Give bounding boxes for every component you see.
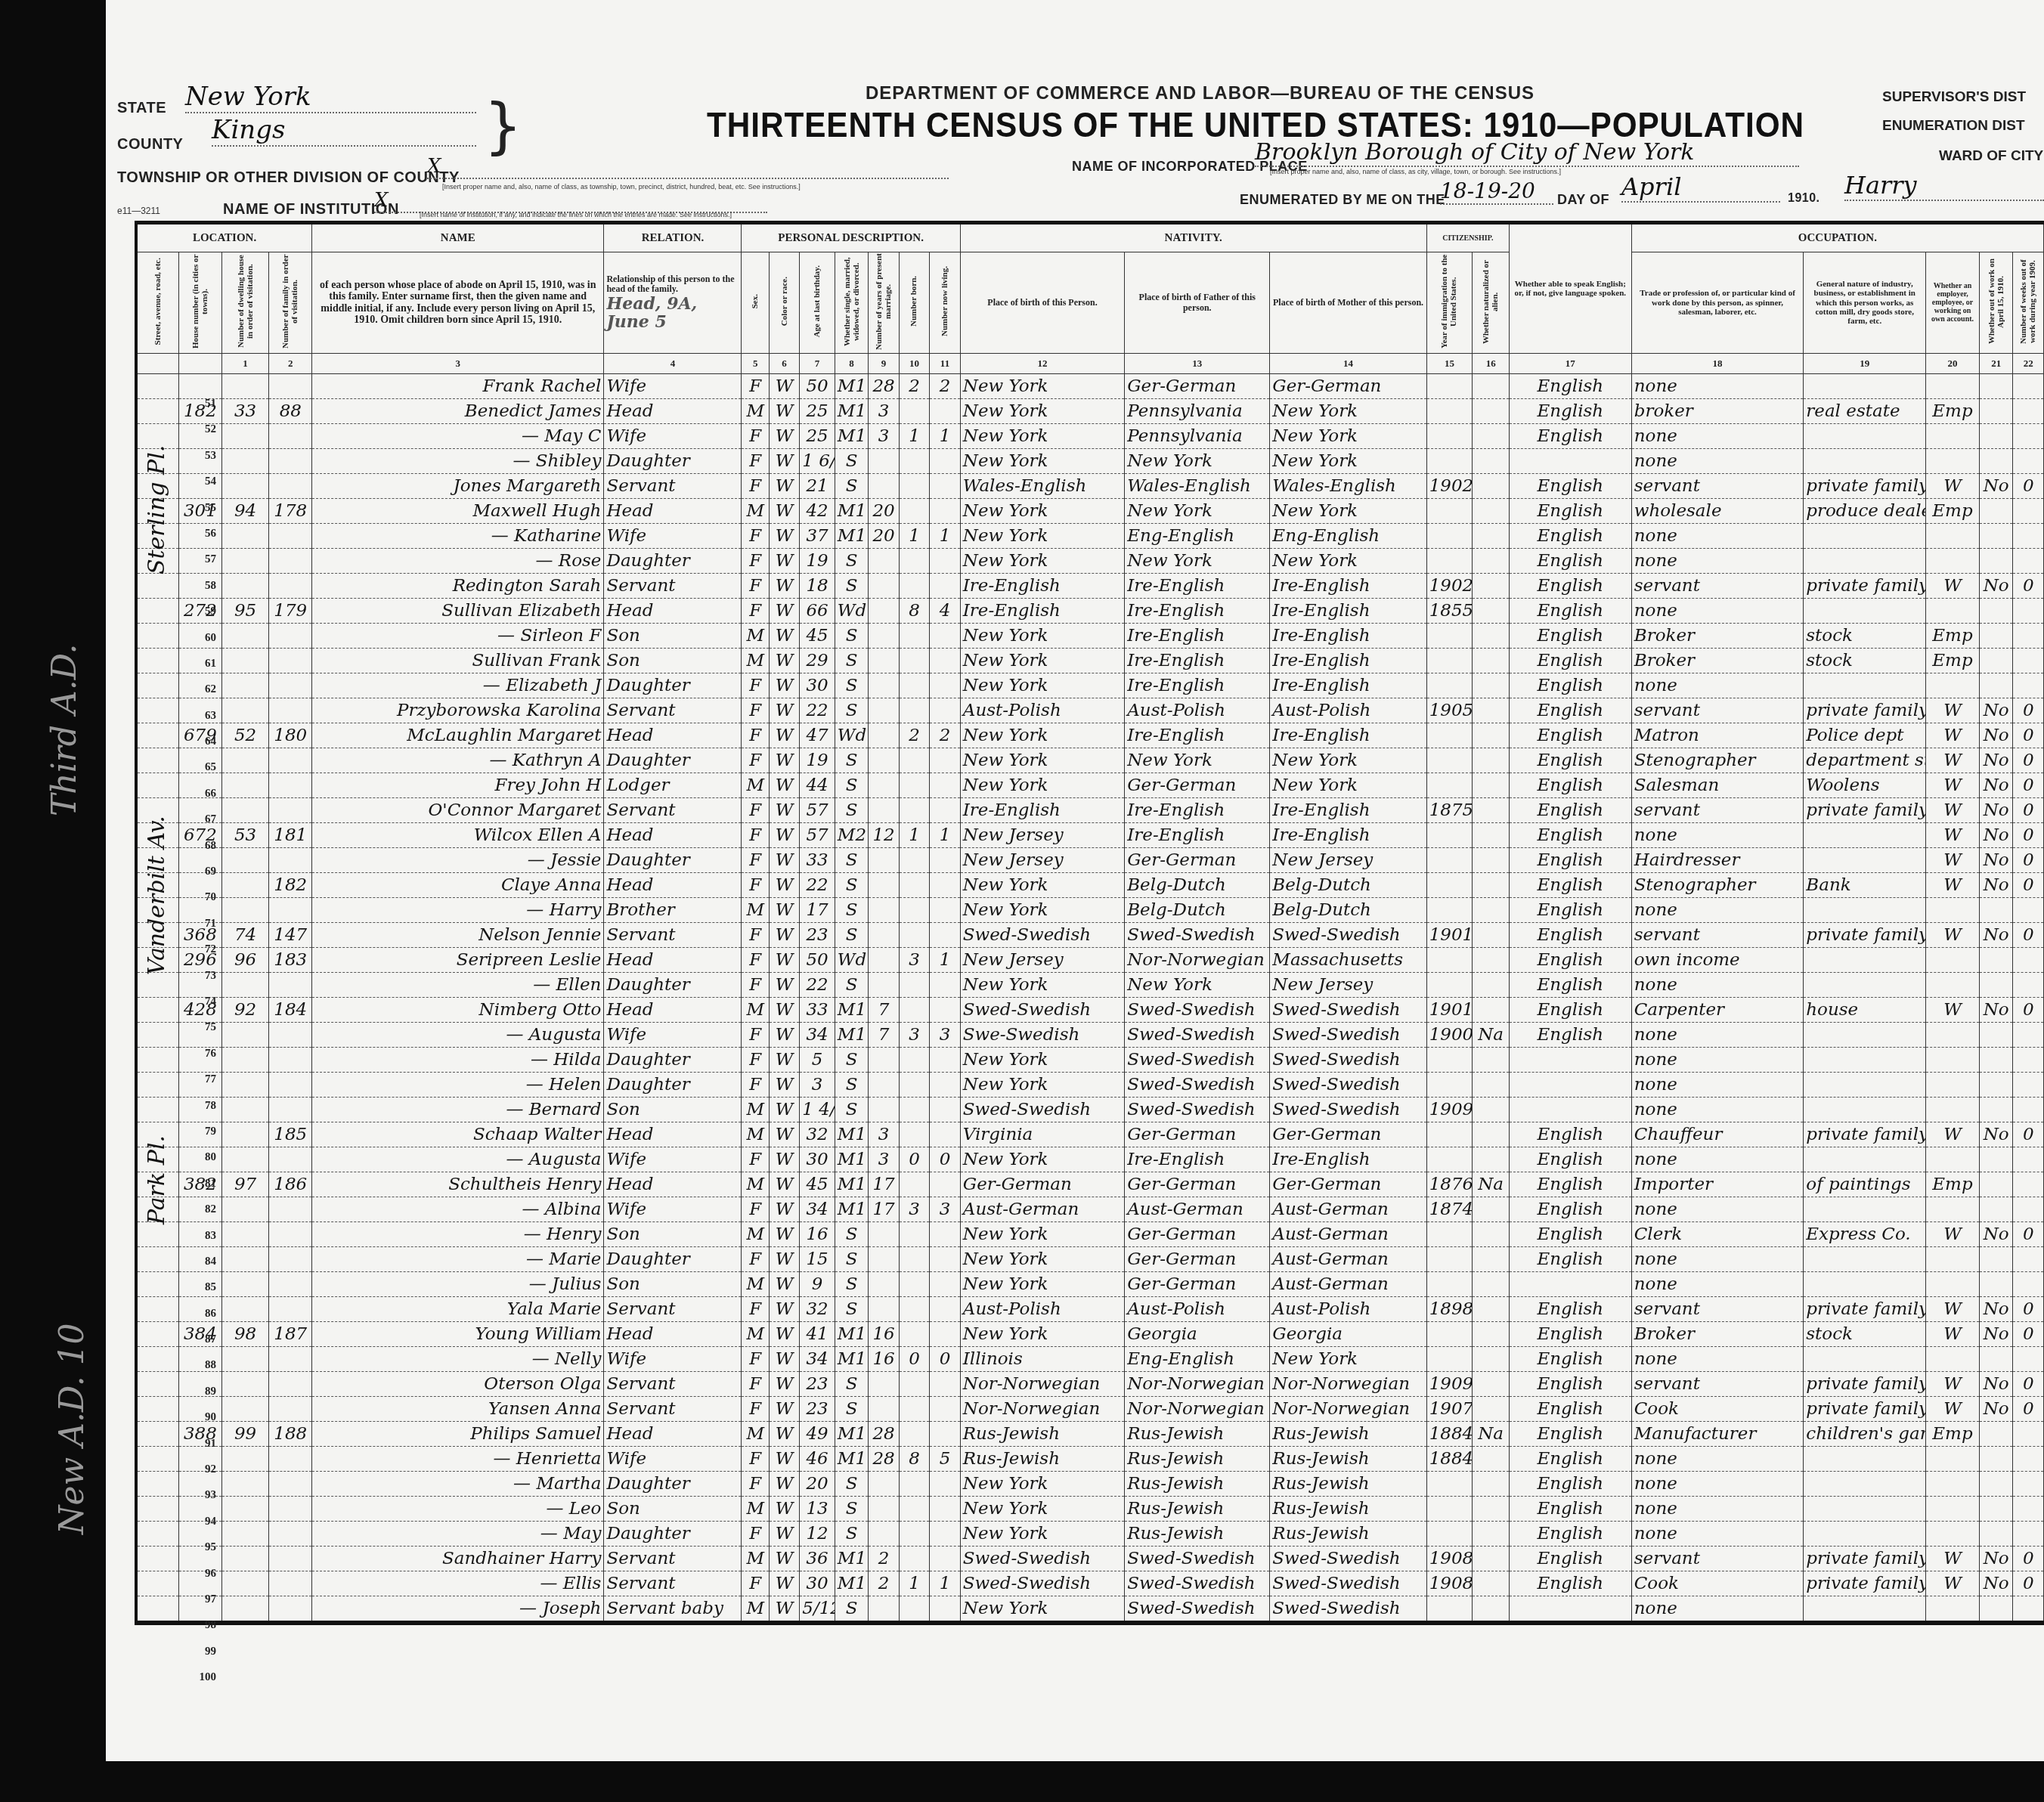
children-living-cell: 1 <box>930 524 961 549</box>
marital-col-header: Whether single, married, widowed, or div… <box>843 252 861 351</box>
trade-cell: none <box>1631 1347 1804 1372</box>
children-born-cell: 1 <box>899 424 929 449</box>
township-value: X <box>427 155 949 179</box>
mother-birthplace-cell: New York <box>1270 424 1426 449</box>
name-cell: — Henrietta <box>312 1447 604 1472</box>
industry-cell <box>1804 1247 1926 1272</box>
census-row: Oterson OlgaServantFW23SNor-NorwegianNor… <box>136 1372 2044 1397</box>
name-cell: — Bernard <box>312 1098 604 1122</box>
out-of-work-cell: No <box>1979 1122 2013 1147</box>
sex-cell: F <box>742 823 769 848</box>
industry-cell: private family <box>1804 574 1926 599</box>
mother-birthplace-cell: Swed-Swedish <box>1270 1073 1426 1098</box>
color-cell: W <box>769 399 799 424</box>
out-of-work-cell <box>1979 649 2013 673</box>
relation-cell: Wife <box>604 1197 742 1222</box>
line-number: 64 <box>186 729 216 754</box>
marital-cell: M1 <box>835 524 869 549</box>
employer-cell: W <box>1926 1222 1980 1247</box>
name-col-header: of each person whose place of abode on A… <box>312 252 604 354</box>
immigration-year-cell: 1874 <box>1426 1197 1473 1222</box>
marital-cell: Wd <box>835 599 869 624</box>
years-married-cell <box>869 624 899 649</box>
naturalization-cell <box>1473 424 1510 449</box>
years-married-cell <box>869 673 899 698</box>
employer-cell <box>1926 1048 1980 1073</box>
family-col-header: Number of family in order of visitation. <box>281 252 299 351</box>
census-row: 182Claye AnnaHeadFW22SNew YorkBelg-Dutch… <box>136 873 2044 898</box>
marital-cell: S <box>835 1472 869 1497</box>
line-number: 89 <box>186 1379 216 1404</box>
children-living-cell <box>930 1297 961 1322</box>
weeks-out-cell: 0 <box>2013 723 2044 748</box>
father-birthplace-cell: Swed-Swedish <box>1125 1048 1270 1073</box>
mother-birthplace-cell: Swed-Swedish <box>1270 923 1426 948</box>
children-living-cell <box>930 1422 961 1447</box>
street-name-label: Vanderbilt Av. <box>144 816 170 975</box>
name-cell: Frank Rachel <box>312 374 604 399</box>
name-cell: — Julius <box>312 1272 604 1297</box>
family-number-cell <box>269 1048 312 1073</box>
language-cell: English <box>1509 1571 1631 1596</box>
census-row: 30194178Maxwell HughHeadMW42M120New York… <box>136 499 2044 524</box>
street-cell <box>136 1447 179 1472</box>
sex-cell: M <box>742 1222 769 1247</box>
street-cell <box>136 973 179 998</box>
immigration-year-cell: 1855 <box>1426 599 1473 624</box>
employer-cell <box>1926 1147 1980 1172</box>
employer-cell <box>1926 1347 1980 1372</box>
incorporated-note: [Insert proper name and, also, name of c… <box>1270 168 1561 175</box>
column-number: 18 <box>1631 354 1804 374</box>
trade-cell: none <box>1631 1098 1804 1122</box>
out-of-work-cell: No <box>1979 1222 2013 1247</box>
years-married-cell: 17 <box>869 1197 899 1222</box>
line-number: 84 <box>186 1249 216 1274</box>
mother-birthplace-cell: New York <box>1270 399 1426 424</box>
out-of-work-cell: No <box>1979 823 2013 848</box>
marital-cell: M1 <box>835 1422 869 1447</box>
relation-cell: Wife <box>604 1147 742 1172</box>
naturalization-cell <box>1473 1272 1510 1297</box>
age-cell: 44 <box>800 773 835 798</box>
name-cell: — Katharine <box>312 524 604 549</box>
age-cell: 33 <box>800 998 835 1023</box>
relation-cell: Daughter <box>604 673 742 698</box>
employer-cell: W <box>1926 848 1980 873</box>
out-of-work-cell <box>1979 624 2013 649</box>
age-cell: 5/12 <box>800 1596 835 1624</box>
street-cell <box>136 673 179 698</box>
children-living-cell <box>930 698 961 723</box>
father-birthplace-cell: Nor-Norwegian <box>1125 1372 1270 1397</box>
family-number-cell <box>269 898 312 923</box>
naturalization-cell <box>1473 624 1510 649</box>
color-cell: W <box>769 1322 799 1347</box>
line-number: 86 <box>186 1301 216 1327</box>
naturalized-col-header: Whether naturalized or alien. <box>1482 252 1500 351</box>
birthplace-cell: New York <box>960 1222 1124 1247</box>
weeks-out-cell: 0 <box>2013 923 2044 948</box>
family-number-cell <box>269 374 312 399</box>
relation-cell: Head <box>604 948 742 973</box>
immigration-year-cell <box>1426 1122 1473 1147</box>
line-number: 52 <box>186 416 216 442</box>
form-code: e11—3211 <box>117 206 160 216</box>
color-cell: W <box>769 1522 799 1547</box>
line-number: 90 <box>186 1404 216 1430</box>
age-cell: 29 <box>800 649 835 673</box>
birthplace-cell: Ire-English <box>960 798 1124 823</box>
father-birthplace-cell: New York <box>1125 748 1270 773</box>
dwelling-number-cell <box>221 549 269 574</box>
name-cell: Yala Marie <box>312 1297 604 1322</box>
children-living-cell: 2 <box>930 723 961 748</box>
family-number-cell <box>269 524 312 549</box>
family-number-cell <box>269 649 312 673</box>
industry-cell <box>1804 1197 1926 1222</box>
name-cell: Frey John H <box>312 773 604 798</box>
language-cell: English <box>1509 1372 1631 1397</box>
dwelling-number-cell <box>221 524 269 549</box>
industry-cell <box>1804 1023 1926 1048</box>
immigration-year-cell <box>1426 449 1473 474</box>
census-row: — HarryBrotherMW17SNew YorkBelg-DutchBel… <box>136 898 2044 923</box>
father-birthplace-cell: Ger-German <box>1125 773 1270 798</box>
language-cell: English <box>1509 1347 1631 1372</box>
naturalization-cell <box>1473 1571 1510 1596</box>
immigration-year-cell: 1907 <box>1426 1397 1473 1422</box>
dwelling-number-cell <box>221 1397 269 1422</box>
dwelling-number-cell: 53 <box>221 823 269 848</box>
children-living-cell <box>930 1596 961 1624</box>
occupation-group-header: OCCUPATION. <box>1631 223 2043 252</box>
name-group-header: NAME <box>312 223 604 252</box>
age-cell: 34 <box>800 1197 835 1222</box>
out-of-work-cell: No <box>1979 723 2013 748</box>
dwelling-number-cell: 92 <box>221 998 269 1023</box>
age-cell: 13 <box>800 1497 835 1522</box>
naturalization-cell <box>1473 773 1510 798</box>
marital-cell: S <box>835 898 869 923</box>
street-cell <box>136 1098 179 1122</box>
citizenship-group-header: CITIZENSHIP. <box>1426 223 1509 252</box>
children-born-cell <box>899 973 929 998</box>
family-number-cell <box>269 424 312 449</box>
color-cell: W <box>769 1497 799 1522</box>
birthplace-cell: Rus-Jewish <box>960 1422 1124 1447</box>
name-cell: Sullivan Elizabeth <box>312 599 604 624</box>
age-cell: 17 <box>800 898 835 923</box>
line-number: 88 <box>186 1352 216 1378</box>
language-cell: English <box>1509 1222 1631 1247</box>
years-married-cell <box>869 1522 899 1547</box>
line-number: 83 <box>186 1223 216 1249</box>
mother-birthplace-cell: New York <box>1270 549 1426 574</box>
age-cell: 21 <box>800 474 835 499</box>
name-cell: — Augusta <box>312 1023 604 1048</box>
out-of-work-cell: No <box>1979 1372 2013 1397</box>
name-cell: Young William <box>312 1322 604 1347</box>
trade-cell: none <box>1631 1073 1804 1098</box>
immigration-year-cell <box>1426 773 1473 798</box>
immigration-year-cell <box>1426 1472 1473 1497</box>
mother-birthplace-cell: New York <box>1270 748 1426 773</box>
sex-cell: F <box>742 374 769 399</box>
years-married-cell <box>869 948 899 973</box>
immigration-year-cell <box>1426 649 1473 673</box>
line-number: 56 <box>186 521 216 546</box>
children-living-cell <box>930 549 961 574</box>
mother-birthplace-cell: Rus-Jewish <box>1270 1522 1426 1547</box>
immigration-year-cell <box>1426 524 1473 549</box>
years-married-cell: 16 <box>869 1322 899 1347</box>
weeks-out-cell: 0 <box>2013 1222 2044 1247</box>
language-cell: English <box>1509 823 1631 848</box>
years-married-cell <box>869 1247 899 1272</box>
language-cell: English <box>1509 748 1631 773</box>
dwelling-number-cell <box>221 773 269 798</box>
sex-cell: F <box>742 1571 769 1596</box>
father-birthplace-cell: Swed-Swedish <box>1125 1571 1270 1596</box>
children-living-cell <box>930 1172 961 1197</box>
color-cell: W <box>769 1247 799 1272</box>
birthplace-cell: New York <box>960 1272 1124 1297</box>
language-cell: English <box>1509 474 1631 499</box>
employer-cell: W <box>1926 723 1980 748</box>
relation-cell: Wife <box>604 374 742 399</box>
census-row: — HildaDaughterFW5SNew YorkSwed-SwedishS… <box>136 1048 2044 1073</box>
industry-cell <box>1804 449 1926 474</box>
census-row: 38498187Young WilliamHeadMW41M116New Yor… <box>136 1322 2044 1347</box>
mother-birthplace-cell: Wales-English <box>1270 474 1426 499</box>
employer-cell: W <box>1926 773 1980 798</box>
family-number-cell <box>269 798 312 823</box>
children-living-cell <box>930 1522 961 1547</box>
immigration-year-cell: 1909 <box>1426 1372 1473 1397</box>
industry-cell <box>1804 1098 1926 1122</box>
birthplace-cell: New York <box>960 1596 1124 1624</box>
mother-birthplace-cell: Belg-Dutch <box>1270 898 1426 923</box>
sex-cell: F <box>742 1297 769 1322</box>
census-row: — AugustaWifeFW34M1733Swe-SwedishSwed-Sw… <box>136 1023 2044 1048</box>
out-of-work-cell <box>1979 1596 2013 1624</box>
children-born-cell: 8 <box>899 1447 929 1472</box>
years-married-cell <box>869 449 899 474</box>
immigration-year-cell <box>1426 1522 1473 1547</box>
color-cell: W <box>769 898 799 923</box>
dwelling-number-cell <box>221 798 269 823</box>
children-born-cell <box>899 1522 929 1547</box>
line-number: 61 <box>186 651 216 677</box>
sex-cell: M <box>742 1272 769 1297</box>
children-born-cell <box>899 748 929 773</box>
father-birthplace-cell: Rus-Jewish <box>1125 1497 1270 1522</box>
street-cell <box>136 1571 179 1596</box>
name-cell: — Marie <box>312 1247 604 1272</box>
age-cell: 37 <box>800 524 835 549</box>
age-cell: 23 <box>800 923 835 948</box>
color-cell: W <box>769 1571 799 1596</box>
language-cell <box>1509 1272 1631 1297</box>
mother-birthplace-cell: Aust-German <box>1270 1247 1426 1272</box>
weeks-out-cell <box>2013 1197 2044 1222</box>
census-row: — RoseDaughterFW19SNew YorkNew YorkNew Y… <box>136 549 2044 574</box>
family-number-cell <box>269 1347 312 1372</box>
mother-birthplace-cell: Ire-English <box>1270 823 1426 848</box>
birthplace-cell: Nor-Norwegian <box>960 1397 1124 1422</box>
sex-cell: M <box>742 1172 769 1197</box>
marital-cell: M1 <box>835 1322 869 1347</box>
weeks-out-cell: 0 <box>2013 848 2044 873</box>
month-value: April <box>1621 172 1780 203</box>
color-cell: W <box>769 374 799 399</box>
family-number-cell <box>269 1073 312 1098</box>
sex-cell: M <box>742 1122 769 1147</box>
language-cell <box>1509 1596 1631 1624</box>
color-cell: W <box>769 1472 799 1497</box>
census-row: — JosephServant babyMW5/12SNew YorkSwed-… <box>136 1596 2044 1624</box>
immigration-year-cell <box>1426 1322 1473 1347</box>
children-born-cell <box>899 1247 929 1272</box>
naturalization-cell <box>1473 499 1510 524</box>
census-row: Frey John HLodgerMW44SNew YorkGer-German… <box>136 773 2044 798</box>
immigration-year-cell: 1900 <box>1426 1023 1473 1048</box>
language-cell: English <box>1509 574 1631 599</box>
birthplace-cell: New York <box>960 1048 1124 1073</box>
census-row: — BernardSonMW1 4/12SSwed-SwedishSwed-Sw… <box>136 1098 2044 1122</box>
column-number: 17 <box>1509 354 1631 374</box>
age-cell: 45 <box>800 1172 835 1197</box>
mother-birthplace-cell: Swed-Swedish <box>1270 1048 1426 1073</box>
street-cell <box>136 1522 179 1547</box>
employer-cell <box>1926 1247 1980 1272</box>
out-of-work-cell <box>1979 499 2013 524</box>
weeks-out-cell <box>2013 1048 2044 1073</box>
employer-cell: W <box>1926 1571 1980 1596</box>
line-number: 87 <box>186 1327 216 1352</box>
out-of-work-cell: No <box>1979 798 2013 823</box>
street-col-header: Street, avenue, road, etc. <box>153 258 163 345</box>
employer-cell: W <box>1926 998 1980 1023</box>
language-cell: English <box>1509 998 1631 1023</box>
language-cell <box>1509 1048 1631 1073</box>
immigration-year-cell <box>1426 873 1473 898</box>
children-born-cell <box>899 1472 929 1497</box>
employer-cell <box>1926 973 1980 998</box>
children-living-cell: 1 <box>930 823 961 848</box>
sex-cell: F <box>742 1073 769 1098</box>
marital-cell: S <box>835 449 869 474</box>
naturalization-cell <box>1473 549 1510 574</box>
marital-cell: M1 <box>835 424 869 449</box>
birthplace-cell: Rus-Jewish <box>960 1447 1124 1472</box>
years-married-cell <box>869 873 899 898</box>
weeks-out-cell <box>2013 1023 2044 1048</box>
father-birthplace-cell: Ire-English <box>1125 798 1270 823</box>
sex-cell: F <box>742 1347 769 1372</box>
age-cell: 23 <box>800 1372 835 1397</box>
age-cell: 49 <box>800 1422 835 1447</box>
sex-cell: F <box>742 673 769 698</box>
immigration-year-cell <box>1426 848 1473 873</box>
census-row: — HenrySonMW16SNew YorkGer-GermanAust-Ge… <box>136 1222 2044 1247</box>
street-cell <box>136 1422 179 1447</box>
immigration-col-header: Year of immigration to the United States… <box>1440 252 1458 351</box>
sex-cell: F <box>742 524 769 549</box>
children-living-cell <box>930 998 961 1023</box>
sex-cell: F <box>742 798 769 823</box>
immigration-year-cell: 1876 <box>1426 1172 1473 1197</box>
color-cell: W <box>769 798 799 823</box>
language-cell: English <box>1509 1297 1631 1322</box>
name-cell: — Martha <box>312 1472 604 1497</box>
trade-cell: Cook <box>1631 1397 1804 1422</box>
language-cell <box>1509 449 1631 474</box>
birthplace-cell: New York <box>960 973 1124 998</box>
relation-cell: Servant <box>604 1547 742 1571</box>
industry-cell <box>1804 1522 1926 1547</box>
dwelling-number-cell <box>221 1347 269 1372</box>
family-number-cell: 187 <box>269 1322 312 1347</box>
industry-cell: produce dealer <box>1804 499 1926 524</box>
birthplace-cell: Wales-English <box>960 474 1124 499</box>
family-number-cell: 88 <box>269 399 312 424</box>
census-row: 1823388Benedict JamesHeadMW25M13New York… <box>136 399 2044 424</box>
census-row: — NellyWifeFW34M11600IllinoisEng-English… <box>136 1347 2044 1372</box>
industry-cell: private family <box>1804 1397 1926 1422</box>
mother-birthplace-cell: New York <box>1270 1347 1426 1372</box>
name-cell: — Ellis <box>312 1571 604 1596</box>
industry-cell: private family <box>1804 474 1926 499</box>
column-number: 12 <box>960 354 1124 374</box>
name-cell: — May C <box>312 424 604 449</box>
census-row: Yansen AnnaServantFW23SNor-NorwegianNor-… <box>136 1397 2044 1422</box>
name-cell: — May <box>312 1522 604 1547</box>
years-married-cell <box>869 723 899 748</box>
name-cell: Nelson Jennie <box>312 923 604 948</box>
immigration-year-cell <box>1426 1347 1473 1372</box>
mother-birthplace-cell: Swed-Swedish <box>1270 1571 1426 1596</box>
employer-cell: W <box>1926 823 1980 848</box>
children-born-cell <box>899 848 929 873</box>
years-married-cell: 2 <box>869 1547 899 1571</box>
trade-cell: none <box>1631 898 1804 923</box>
enumeration-district-label: ENUMERATION DIST <box>1882 118 2025 135</box>
language-cell: English <box>1509 1547 1631 1571</box>
color-cell: W <box>769 1122 799 1147</box>
street-cell <box>136 1596 179 1624</box>
naturalization-cell <box>1473 723 1510 748</box>
marital-cell: S <box>835 1522 869 1547</box>
relation-cell: Head <box>604 599 742 624</box>
children-born-cell <box>899 1497 929 1522</box>
mother-birthplace-cell: Ger-German <box>1270 374 1426 399</box>
years-married-cell <box>869 574 899 599</box>
children-born-cell: 0 <box>899 1347 929 1372</box>
state-label: STATE <box>117 100 166 117</box>
children-living-cell <box>930 1372 961 1397</box>
census-row: 42892184Nimberg OttoHeadMW33M17Swed-Swed… <box>136 998 2044 1023</box>
sex-cell: F <box>742 1447 769 1472</box>
sex-cell: M <box>742 649 769 673</box>
birthplace-cell: Aust-German <box>960 1197 1124 1222</box>
family-number-cell <box>269 1596 312 1624</box>
marital-cell: M1 <box>835 1447 869 1472</box>
line-number: 70 <box>186 884 216 910</box>
marital-cell: M1 <box>835 1122 869 1147</box>
immigration-year-cell <box>1426 1497 1473 1522</box>
